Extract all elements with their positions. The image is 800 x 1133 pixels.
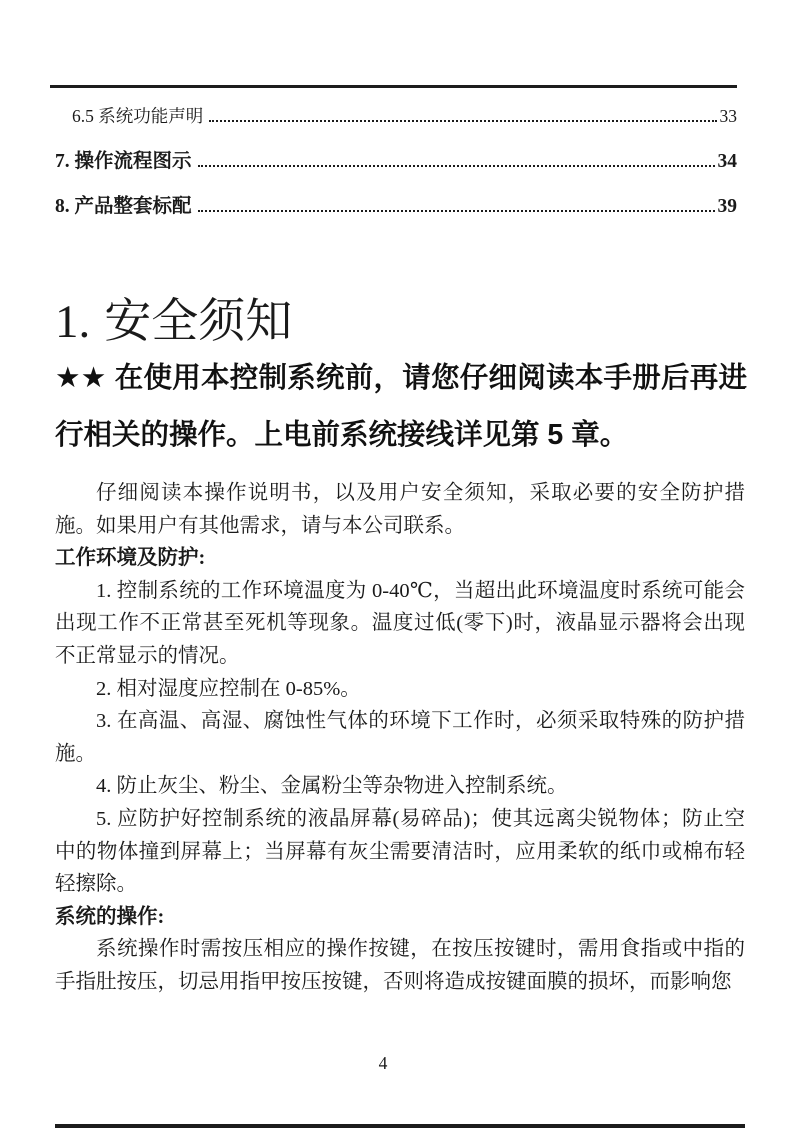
toc-entry-6-5: 6.5 系统功能声明 33	[55, 103, 737, 145]
chapter-title: 安全须知	[104, 296, 292, 348]
toc-entry-page: 33	[720, 106, 738, 127]
env-item-5: 5. 应防护好控制系统的液晶屏幕(易碎品)；使其远离尖锐物体；防止空中的物体撞到…	[55, 803, 745, 901]
dot-leader	[198, 210, 715, 212]
toc-entry-8: 8. 产品整套标配 39	[55, 190, 737, 235]
section-title-environment: 工作环境及防护:	[55, 542, 745, 575]
dot-leader	[198, 165, 715, 167]
header-rule	[50, 85, 737, 88]
toc-entry-page: 39	[718, 196, 738, 218]
env-item-3: 3. 在高温、高湿、腐蚀性气体的环境下工作时，必须采取特殊的防护措施。	[55, 705, 745, 770]
dot-leader	[209, 120, 716, 122]
env-item-2: 2. 相对湿度应控制在 0-85%。	[55, 673, 745, 706]
table-of-contents: 6.5 系统功能声明 33 7. 操作流程图示 34 8. 产品整套标配 39	[55, 103, 737, 235]
section-title-operation: 系统的操作:	[55, 901, 745, 934]
intro-paragraph: 仔细阅读本操作说明书，以及用户安全须知，采取必要的安全防护措施。如果用户有其他需…	[55, 477, 745, 542]
toc-entry-label: 6.5 系统功能声明	[72, 103, 203, 128]
env-item-1: 1. 控制系统的工作环境温度为 0-40℃，当超出此环境温度时系统可能会出现工作…	[55, 575, 745, 673]
toc-entry-label: 7. 操作流程图示	[55, 145, 192, 173]
toc-entry-label: 8. 产品整套标配	[55, 190, 192, 218]
toc-entry-7: 7. 操作流程图示 34	[55, 145, 737, 190]
document-page: 6.5 系统功能声明 33 7. 操作流程图示 34 8. 产品整套标配 39 …	[0, 0, 800, 1133]
page-number: 4	[0, 1053, 766, 1074]
body-text: 仔细阅读本操作说明书，以及用户安全须知，采取必要的安全防护措施。如果用户有其他需…	[55, 477, 745, 999]
toc-entry-page: 34	[718, 151, 738, 173]
chapter-number: 1.	[55, 296, 90, 348]
chapter-heading: 1.安全须知	[55, 293, 292, 352]
footer-rule	[55, 1124, 745, 1128]
env-item-4: 4. 防止灰尘、粉尘、金属粉尘等杂物进入控制系统。	[55, 770, 745, 803]
operation-paragraph: 系统操作时需按压相应的操作按键，在按压按键时，需用食指或中指的手指肚按压，切忌用…	[55, 933, 745, 998]
safety-notice: ★★ 在使用本控制系统前，请您仔细阅读本手册后再进行相关的操作。上电前系统接线详…	[55, 350, 747, 464]
